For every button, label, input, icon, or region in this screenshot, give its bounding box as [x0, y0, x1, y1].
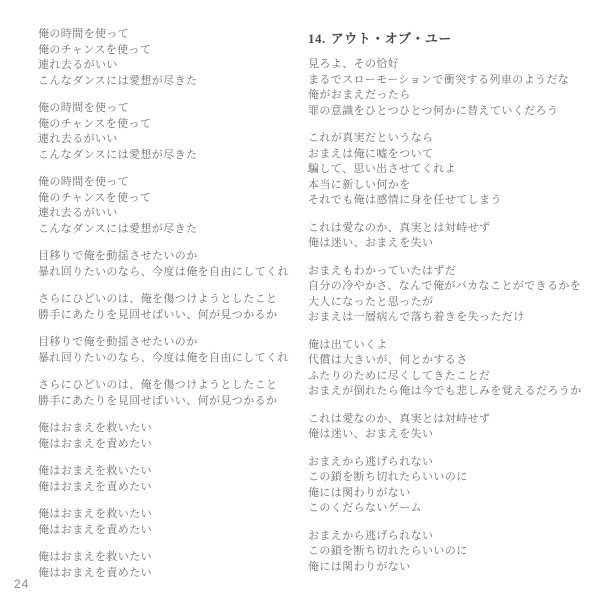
lyric-line: 連れ去るがいい	[38, 206, 289, 222]
lyric-line: 俺はおまえを救いたい	[38, 550, 289, 566]
lyric-line: 俺はおまえを責めたい	[38, 437, 289, 453]
lyric-stanza: 目移りで俺を動揺させたいのか暴れ回りたいのなら、今度は俺を自由にしてくれ	[38, 249, 289, 280]
page-number: 24	[14, 577, 29, 591]
lyric-line: 俺がおまえだったら	[308, 88, 582, 104]
lyric-line: 大人になったと思ったが	[308, 295, 582, 311]
lyric-stanza: これが真実だというならおまえは俺に嘘をついて騙して、思い出させてくれよ本当に新し…	[308, 131, 582, 209]
lyric-stanza: 俺はおまえを救いたい俺はおまえを責めたい	[38, 421, 289, 452]
lyric-line: 俺はおまえを救いたい	[38, 421, 289, 437]
lyric-line: 俺のチャンスを使って	[38, 43, 289, 59]
lyric-stanza: 見ろよ、その恰好まるでスローモーションで衝突する列車のようだな俺がおまえだったら…	[308, 57, 582, 119]
lyric-stanza: さらにひどいのは、俺を傷つけようとしたこと勝手にあたりを見回せばいい、何が見つか…	[38, 292, 289, 323]
lyric-line: おまえから逃げられない	[308, 455, 582, 471]
lyric-line: 連れ去るがいい	[38, 58, 289, 74]
lyric-line: おまえが倒れたら俺は今でも悲しみを覚えるだろうか	[308, 384, 582, 400]
lyric-stanza: おまえもわかっていたはずだ自分の冷やかさ、なんで俺がバカなことができるかを大人に…	[308, 264, 582, 326]
lyric-line: こんなダンスには愛想が尽きた	[38, 74, 289, 90]
lyric-line: 暴れ回りたいのなら、今度は俺を自由にしてくれ	[38, 265, 289, 281]
lyric-line: 罪の意識をひとつひとつ何かに替えていくだろう	[308, 104, 582, 120]
lyric-line: それでも俺は感情に身を任せてしまう	[308, 193, 582, 209]
lyrics-stanzas-right: 見ろよ、その恰好まるでスローモーションで衝突する列車のようだな俺がおまえだったら…	[308, 57, 582, 575]
lyric-line: 俺の時間を使って	[38, 175, 289, 191]
lyric-line: この鎖を断ち切れたらいいのに	[308, 544, 582, 560]
lyric-line: 俺のチャンスを使って	[38, 191, 289, 207]
lyric-line: まるでスローモーションで衝突する列車のようだな	[308, 73, 582, 89]
lyric-line: 自分の冷やかさ、なんで俺がバカなことができるかを	[308, 279, 582, 295]
lyric-line: 俺には関わりがない	[308, 560, 582, 576]
lyric-line: おまえは俺に嘘をついて	[308, 147, 582, 163]
lyric-stanza: 目移りで俺を動揺させたいのか暴れ回りたいのなら、今度は俺を自由にしてくれ	[38, 335, 289, 366]
lyric-line: 勝手にあたりを見回せばいい、何が見つかるか	[38, 394, 289, 410]
lyric-line: 目移りで俺を動揺させたいのか	[38, 249, 289, 265]
lyric-stanza: これは愛なのか、真実とは対峙せず俺は迷い、おまえを失い	[308, 221, 582, 252]
lyric-line: 俺の時間を使って	[38, 101, 289, 117]
track-title: 14.アウト・オブ・ユー	[308, 30, 582, 47]
lyric-stanza: 俺の時間を使って俺のチャンスを使って連れ去るがいいこんなダンスには愛想が尽きた	[38, 175, 289, 237]
lyric-line: これは愛なのか、真実とは対峙せず	[308, 221, 582, 237]
lyric-line: この鎖を断ち切れたらいいのに	[308, 470, 582, 486]
lyric-line: 俺はおまえを責めたい	[38, 566, 289, 582]
lyric-line: これは愛なのか、真実とは対峙せず	[308, 412, 582, 428]
lyric-line: 俺の時間を使って	[38, 27, 289, 43]
lyric-line: さらにひどいのは、俺を傷つけようとしたこと	[38, 378, 289, 394]
lyric-line: 暴れ回りたいのなら、今度は俺を自由にしてくれ	[38, 351, 289, 367]
lyric-line: 本当に新しい何かを	[308, 178, 582, 194]
track-number: 14.	[308, 31, 326, 46]
lyric-line: 騙して、思い出させてくれよ	[308, 162, 582, 178]
lyric-stanza: 俺はおまえを救いたい俺はおまえを責めたい	[38, 464, 289, 495]
lyric-line: このくだらないゲーム	[308, 501, 582, 517]
lyric-line: さらにひどいのは、俺を傷つけようとしたこと	[38, 292, 289, 308]
lyric-stanza: さらにひどいのは、俺を傷つけようとしたこと勝手にあたりを見回せばいい、何が見つか…	[38, 378, 289, 409]
lyric-line: ふたりのために尽くしてきたことだ	[308, 369, 582, 385]
lyric-line: 俺は出ていくよ	[308, 338, 582, 354]
lyric-line: おまえもわかっていたはずだ	[308, 264, 582, 280]
lyric-line: おまえは一層病んで落ち着きを失っただけ	[308, 310, 582, 326]
lyric-line: 見ろよ、その恰好	[308, 57, 582, 73]
lyric-line: 勝手にあたりを見回せばいい、何が見つかるか	[38, 308, 289, 324]
lyric-stanza: おまえから逃げられないこの鎖を断ち切れたらいいのに俺には関わりがないこのくだらな…	[308, 455, 582, 517]
lyric-stanza: 俺は出ていくよ代償は大きいが、何とかするさふたりのために尽くしてきたことだおまえ…	[308, 338, 582, 400]
lyric-line: 連れ去るがいい	[38, 132, 289, 148]
lyric-line: 俺のチャンスを使って	[38, 117, 289, 133]
track-name: アウト・オブ・ユー	[331, 31, 452, 46]
lyric-stanza: 俺の時間を使って俺のチャンスを使って連れ去るがいいこんなダンスには愛想が尽きた	[38, 101, 289, 163]
lyrics-column-left: 俺の時間を使って俺のチャンスを使って連れ去るがいいこんなダンスには愛想が尽きた俺…	[38, 27, 289, 581]
booklet-page: 俺の時間を使って俺のチャンスを使って連れ去るがいいこんなダンスには愛想が尽きた俺…	[0, 0, 600, 609]
lyric-line: 俺はおまえを責めたい	[38, 480, 289, 496]
lyric-line: こんなダンスには愛想が尽きた	[38, 148, 289, 164]
lyrics-column-right: 14.アウト・オブ・ユー 見ろよ、その恰好まるでスローモーションで衝突する列車の…	[308, 30, 582, 575]
lyric-line: 俺はおまえを救いたい	[38, 507, 289, 523]
lyric-line: こんなダンスには愛想が尽きた	[38, 222, 289, 238]
lyric-stanza: 俺はおまえを救いたい俺はおまえを責めたい	[38, 550, 289, 581]
lyric-line: 代償は大きいが、何とかするさ	[308, 353, 582, 369]
lyric-line: 俺はおまえを責めたい	[38, 523, 289, 539]
lyric-line: 俺は迷い、おまえを失い	[308, 236, 582, 252]
lyric-line: 俺は迷い、おまえを失い	[308, 427, 582, 443]
lyric-line: 俺はおまえを救いたい	[38, 464, 289, 480]
lyric-line: これが真実だというなら	[308, 131, 582, 147]
lyric-stanza: これは愛なのか、真実とは対峙せず俺は迷い、おまえを失い	[308, 412, 582, 443]
lyric-stanza: 俺はおまえを救いたい俺はおまえを責めたい	[38, 507, 289, 538]
lyric-stanza: 俺の時間を使って俺のチャンスを使って連れ去るがいいこんなダンスには愛想が尽きた	[38, 27, 289, 89]
lyric-stanza: おまえから逃げられないこの鎖を断ち切れたらいいのに俺には関わりがない	[308, 529, 582, 576]
lyric-line: 俺には関わりがない	[308, 486, 582, 502]
lyric-line: 目移りで俺を動揺させたいのか	[38, 335, 289, 351]
lyric-line: おまえから逃げられない	[308, 529, 582, 545]
